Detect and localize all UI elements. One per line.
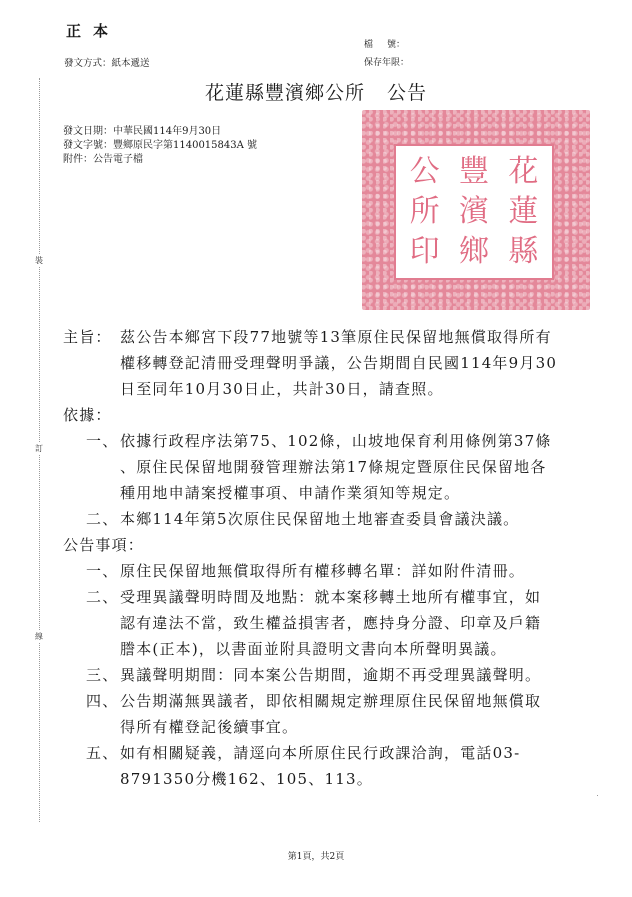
seal-inner-frame: 花 蓮 縣 豐 濱 鄉 公 所 印 [394, 144, 554, 280]
binding-mark-zhuang: 裝 [31, 255, 47, 266]
subject-label: 主旨： [63, 324, 112, 350]
file-number-label: 檔號： [364, 37, 405, 50]
basis-item-2-line-1: 本鄉114年第5次原住民保留地土地審查委員會議決議。 [120, 506, 590, 532]
notice-item-4-number: 四、 [86, 688, 118, 714]
page-number: 第1頁，共2頁 [0, 849, 632, 862]
notice-item-2-line-1: 受理異議聲明時間及地點：就本案移轉土地所有權事宜，如 [120, 584, 590, 610]
notices-label: 公告事項： [63, 532, 144, 558]
document-type: 公告 [387, 82, 427, 104]
notice-item-5-line-1: 如有相關疑義，請逕向本所原住民行政課洽詢，電話03- [120, 740, 590, 766]
notice-item-5-line-2: 8791350分機162、105、113。 [120, 766, 590, 792]
basis-label: 依據： [63, 402, 112, 428]
basis-item-1-line-1: 依據行政程序法第75、102條，山坡地保育利用條例第37條 [120, 428, 590, 454]
send-method: 發文方式：紙本遞送 [64, 55, 150, 69]
subject-line-2: 權移轉登記清冊受理聲明爭議，公告期間自民國114年9月30 [120, 350, 580, 376]
send-method-value: 紙本遞送 [112, 58, 150, 69]
reference-number: 發文字號：豐鄉原民字第1140015843A 號 [63, 139, 257, 153]
retention-period-label: 保存年限： [364, 55, 409, 68]
notice-item-1-line-1: 原住民保留地無償取得所有權移轉名單：詳如附件清冊。 [120, 558, 590, 584]
seal-column-1: 花 蓮 縣 [508, 152, 538, 272]
issuing-organization: 花蓮縣豐濱鄉公所 [205, 82, 365, 104]
notice-item-5-number: 五、 [86, 740, 118, 766]
notice-item-4-line-2: 得所有權登記後續事宜。 [120, 714, 590, 740]
scan-speck [597, 795, 598, 796]
notice-item-2-line-3: 謄本(正本)，以書面並附具證明文書向本所聲明異議。 [120, 636, 590, 662]
original-copy-mark: 正本 [66, 20, 120, 41]
notice-item-2-line-2: 認有違法不當，致生權益損害者，應持身分證、印章及戶籍 [120, 610, 590, 636]
notice-item-3-line-1: 異議聲明期間：同本案公告期間，逾期不再受理異議聲明。 [120, 662, 590, 688]
basis-item-2-number: 二、 [86, 506, 118, 532]
attachment: 附件：公告電子檔 [63, 153, 143, 167]
issue-date: 發文日期：中華民國114年9月30日 [63, 125, 221, 139]
basis-item-1-number: 一、 [86, 428, 118, 454]
binding-mark-ding: 訂 [31, 443, 47, 454]
basis-item-1-line-3: 種用地申請案授權事項、申請作業須知等規定。 [120, 480, 590, 506]
seal-column-3: 公 所 印 [410, 152, 440, 272]
send-method-label: 發文方式 [64, 58, 102, 69]
notice-item-4-line-1: 公告期滿無異議者，即依相關規定辦理原住民保留地無償取 [120, 688, 590, 714]
basis-item-1-line-2: 、原住民保留地開發管理辦法第17條規定暨原住民保留地各 [120, 454, 590, 480]
seal-column-2: 豐 濱 鄉 [459, 152, 489, 272]
document-title: 花蓮縣豐濱鄉公所公告 [0, 78, 632, 105]
binding-mark-xian: 線 [31, 631, 47, 642]
subject-line-1: 茲公告本鄉宮下段77地號等13筆原住民保留地無償取得所有 [120, 324, 580, 350]
notice-item-1-number: 一、 [86, 558, 118, 584]
subject-line-3: 日至同年10月30日止，共計30日，請查照。 [120, 376, 580, 402]
notice-item-2-number: 二、 [86, 584, 118, 610]
official-seal: 花 蓮 縣 豐 濱 鄉 公 所 印 [362, 110, 590, 310]
notice-item-3-number: 三、 [86, 662, 118, 688]
